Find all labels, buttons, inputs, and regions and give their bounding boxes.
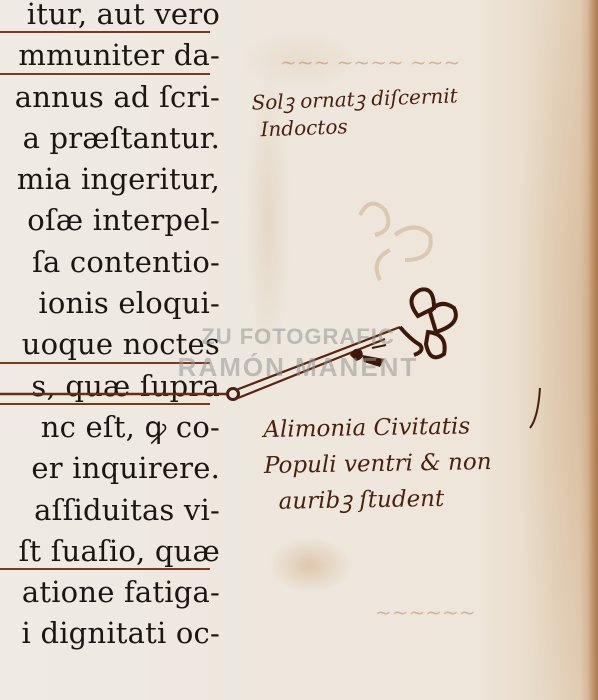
printed-line: nc eſt, ꝙ co- bbox=[0, 407, 224, 448]
printed-line: atione fatiga- bbox=[0, 572, 224, 613]
printed-line: ionis eloqui- bbox=[0, 283, 224, 324]
bleedthrough-text: ~~~~~~ bbox=[375, 600, 476, 624]
printed-line: mmuniter da- bbox=[0, 35, 224, 76]
marginal-note-bottom: Alimonia Civitatis Populi ventri & non a… bbox=[263, 408, 492, 520]
printed-line: i dignitati oc- bbox=[0, 613, 224, 654]
printed-line: ſt ſuaſio, quæ bbox=[0, 531, 224, 572]
red-underline bbox=[0, 31, 210, 33]
printed-line: uoque noctes bbox=[0, 324, 224, 365]
note-line: auribꝫ ſtudent bbox=[264, 480, 492, 520]
note-line: Indoctos bbox=[252, 109, 459, 143]
note-line: Populi ventri & non bbox=[264, 444, 492, 484]
red-underline bbox=[0, 568, 210, 570]
red-underline bbox=[0, 362, 210, 364]
printed-line: s, quæ ſupra bbox=[0, 366, 224, 407]
printed-line: er inquirere. bbox=[0, 448, 224, 489]
red-underline bbox=[0, 73, 210, 75]
page-edge-shadow bbox=[588, 0, 598, 700]
printed-line: annus ad ſcri- bbox=[0, 77, 224, 118]
printed-line: ſa contentio- bbox=[0, 242, 224, 283]
marginal-note-top: Solꝫ ornatꝫ diſcernit Indoctos bbox=[251, 82, 459, 143]
book-page: itur, aut vero mmuniter da- annus ad ſcr… bbox=[0, 0, 598, 700]
printed-line: aſſiduitas vi- bbox=[0, 490, 224, 531]
printed-line: a præſtantur. bbox=[0, 118, 224, 159]
printed-text-column: itur, aut vero mmuniter da- annus ad ſcr… bbox=[0, 0, 224, 655]
printed-line: oſæ interpel- bbox=[0, 200, 224, 241]
printed-line: mia ingeritur, bbox=[0, 159, 224, 200]
red-underline bbox=[0, 403, 210, 405]
printed-line: itur, aut vero bbox=[0, 0, 224, 35]
note-line: Alimonia Civitatis bbox=[263, 408, 491, 448]
bleedthrough-text: ~~~ ~~~~ ~~~ bbox=[280, 50, 460, 74]
